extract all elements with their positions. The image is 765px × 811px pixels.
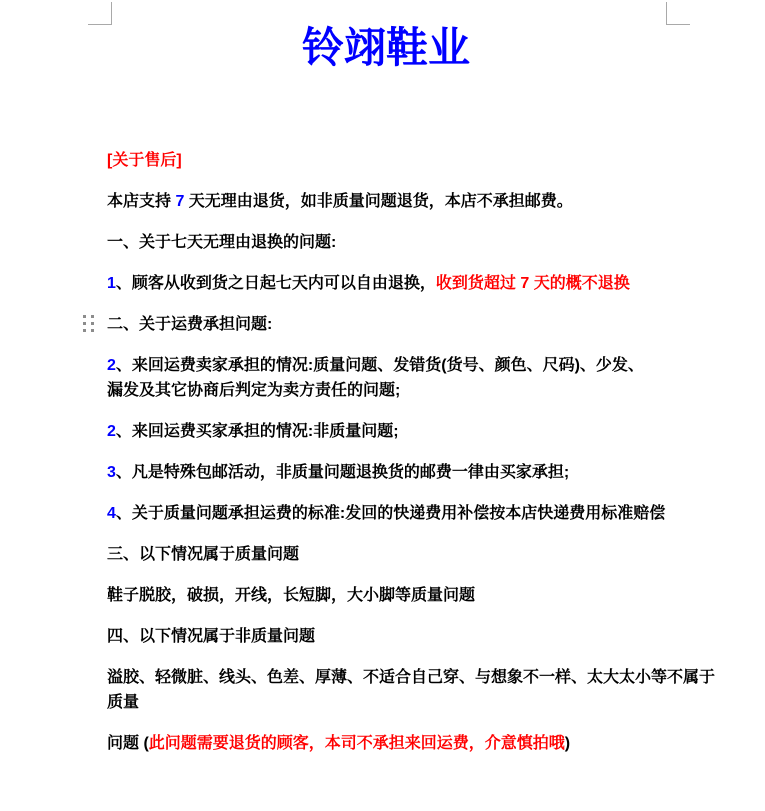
drag-dot <box>83 329 86 332</box>
text-line: 1、顾客从收到货之日起七天内可以自由退换，收到货超过 7 天的概不退换 <box>107 271 727 296</box>
text-segment: 、顾客从收到货之日起七天内可以自由退换， <box>116 275 436 292</box>
text-segment: 3 <box>107 464 116 481</box>
text-segment: 、来回运费买家承担的情况:非质量问题; <box>116 423 399 440</box>
drag-dot <box>91 315 94 318</box>
text-line: 四、以下情况属于非质量问题 <box>107 624 727 649</box>
paragraph: 鞋子脱胶，破损，开线，长短脚，大小脚等质量问题 <box>107 583 727 608</box>
page-margin-mark-top-right <box>666 2 690 25</box>
text-line: 鞋子脱胶，破损，开线，长短脚，大小脚等质量问题 <box>107 583 727 608</box>
drag-dot <box>83 322 86 325</box>
drag-dot <box>91 329 94 332</box>
text-line: 一、关于七天无理由退换的问题: <box>107 230 727 255</box>
text-segment: 四、以下情况属于非质量问题 <box>107 628 315 645</box>
text-segment: 1 <box>107 275 116 292</box>
paragraph: 四、以下情况属于非质量问题 <box>107 624 727 649</box>
paragraph: 三、以下情况属于质量问题 <box>107 542 727 567</box>
text-line: 二、关于运费承担问题: <box>107 312 727 337</box>
paragraph: 溢胶、轻微脏、线头、色差、厚薄、不适合自己穿、与想象不一样、太大太小等不属于质量 <box>107 665 727 715</box>
text-segment: [关于售后] <box>107 152 182 169</box>
text-segment: 一、关于七天无理由退换的问题: <box>107 234 336 251</box>
document-title: 铃翊鞋业 <box>107 24 665 74</box>
text-segment: 二、关于运费承担问题: <box>107 316 272 333</box>
text-line: 3、凡是特殊包邮活动，非质量问题退换货的邮费一律由买家承担; <box>107 460 727 485</box>
paragraph: 二、关于运费承担问题: <box>107 312 727 337</box>
text-segment: 、凡是特殊包邮活动，非质量问题退换货的邮费一律由买家承担; <box>116 464 569 481</box>
text-line: 本店支持 7 天无理由退货，如非质量问题退货，本店不承担邮费。 <box>107 189 727 214</box>
text-segment: 2 <box>107 423 116 440</box>
drag-dot <box>83 315 86 318</box>
text-segment: 、来回运费卖家承担的情况:质量问题、发错货(货号、颜色、尺码)、少发、 <box>116 357 644 374</box>
text-line: 质量 <box>107 690 727 715</box>
text-segment: 质量 <box>107 694 139 711</box>
text-line: 2、来回运费卖家承担的情况:质量问题、发错货(货号、颜色、尺码)、少发、 <box>107 353 727 378</box>
document-page[interactable]: { "page": { "background": "#ffffff", "ma… <box>0 0 765 811</box>
paragraph: 问题 (此问题需要退货的顾客，本司不承担来回运费，介意慎拍哦) <box>107 731 727 756</box>
paragraph: 4、关于质量问题承担运费的标准:发回的快递费用补偿按本店快递费用标准赔偿 <box>107 501 727 526</box>
text-segment: 三、以下情况属于质量问题 <box>107 546 299 563</box>
text-line: 问题 (此问题需要退货的顾客，本司不承担来回运费，介意慎拍哦) <box>107 731 727 756</box>
text-segment: 鞋子脱胶，破损，开线，长短脚，大小脚等质量问题 <box>107 587 475 604</box>
text-segment: 漏发及其它协商后判定为卖方责任的问题; <box>107 382 400 399</box>
text-line: 4、关于质量问题承担运费的标准:发回的快递费用补偿按本店快递费用标准赔偿 <box>107 501 727 526</box>
document-body[interactable]: [关于售后]本店支持 7 天无理由退货，如非质量问题退货，本店不承担邮费。一、关… <box>107 148 727 772</box>
text-segment: 问题 <box>107 735 143 752</box>
text-segment: ) <box>565 735 570 752</box>
text-segment: 2 <box>107 357 116 374</box>
drag-dot <box>91 322 94 325</box>
text-segment: 溢胶、轻微脏、线头、色差、厚薄、不适合自己穿、与想象不一样、太大太小等不属于 <box>107 669 715 686</box>
text-segment: 天无理由退货，如非质量问题退货，本店不承担邮费。 <box>184 193 572 210</box>
paragraph: 一、关于七天无理由退换的问题: <box>107 230 727 255</box>
paragraph-drag-handle-icon[interactable] <box>83 315 94 332</box>
text-segment: 本店支持 <box>107 193 175 210</box>
text-segment: 收到货超过 7 天的概不退换 <box>436 275 630 292</box>
text-line: 三、以下情况属于质量问题 <box>107 542 727 567</box>
paragraph: 1、顾客从收到货之日起七天内可以自由退换，收到货超过 7 天的概不退换 <box>107 271 727 296</box>
paragraph: 本店支持 7 天无理由退货，如非质量问题退货，本店不承担邮费。 <box>107 189 727 214</box>
paragraph: 3、凡是特殊包邮活动，非质量问题退换货的邮费一律由买家承担; <box>107 460 727 485</box>
text-line: 溢胶、轻微脏、线头、色差、厚薄、不适合自己穿、与想象不一样、太大太小等不属于 <box>107 665 727 690</box>
paragraph: 2、来回运费买家承担的情况:非质量问题; <box>107 419 727 444</box>
text-line: 漏发及其它协商后判定为卖方责任的问题; <box>107 378 727 403</box>
text-line: 2、来回运费买家承担的情况:非质量问题; <box>107 419 727 444</box>
paragraph: 2、来回运费卖家承担的情况:质量问题、发错货(货号、颜色、尺码)、少发、漏发及其… <box>107 353 727 403</box>
text-segment: 、关于质量问题承担运费的标准:发回的快递费用补偿按本店快递费用标准赔偿 <box>116 505 665 522</box>
paragraph: [关于售后] <box>107 148 727 173</box>
text-line: [关于售后] <box>107 148 727 173</box>
text-segment: 4 <box>107 505 116 522</box>
text-segment: 此问题需要退货的顾客，本司不承担来回运费，介意慎拍哦 <box>149 735 565 752</box>
page-margin-mark-top-left <box>88 2 112 25</box>
